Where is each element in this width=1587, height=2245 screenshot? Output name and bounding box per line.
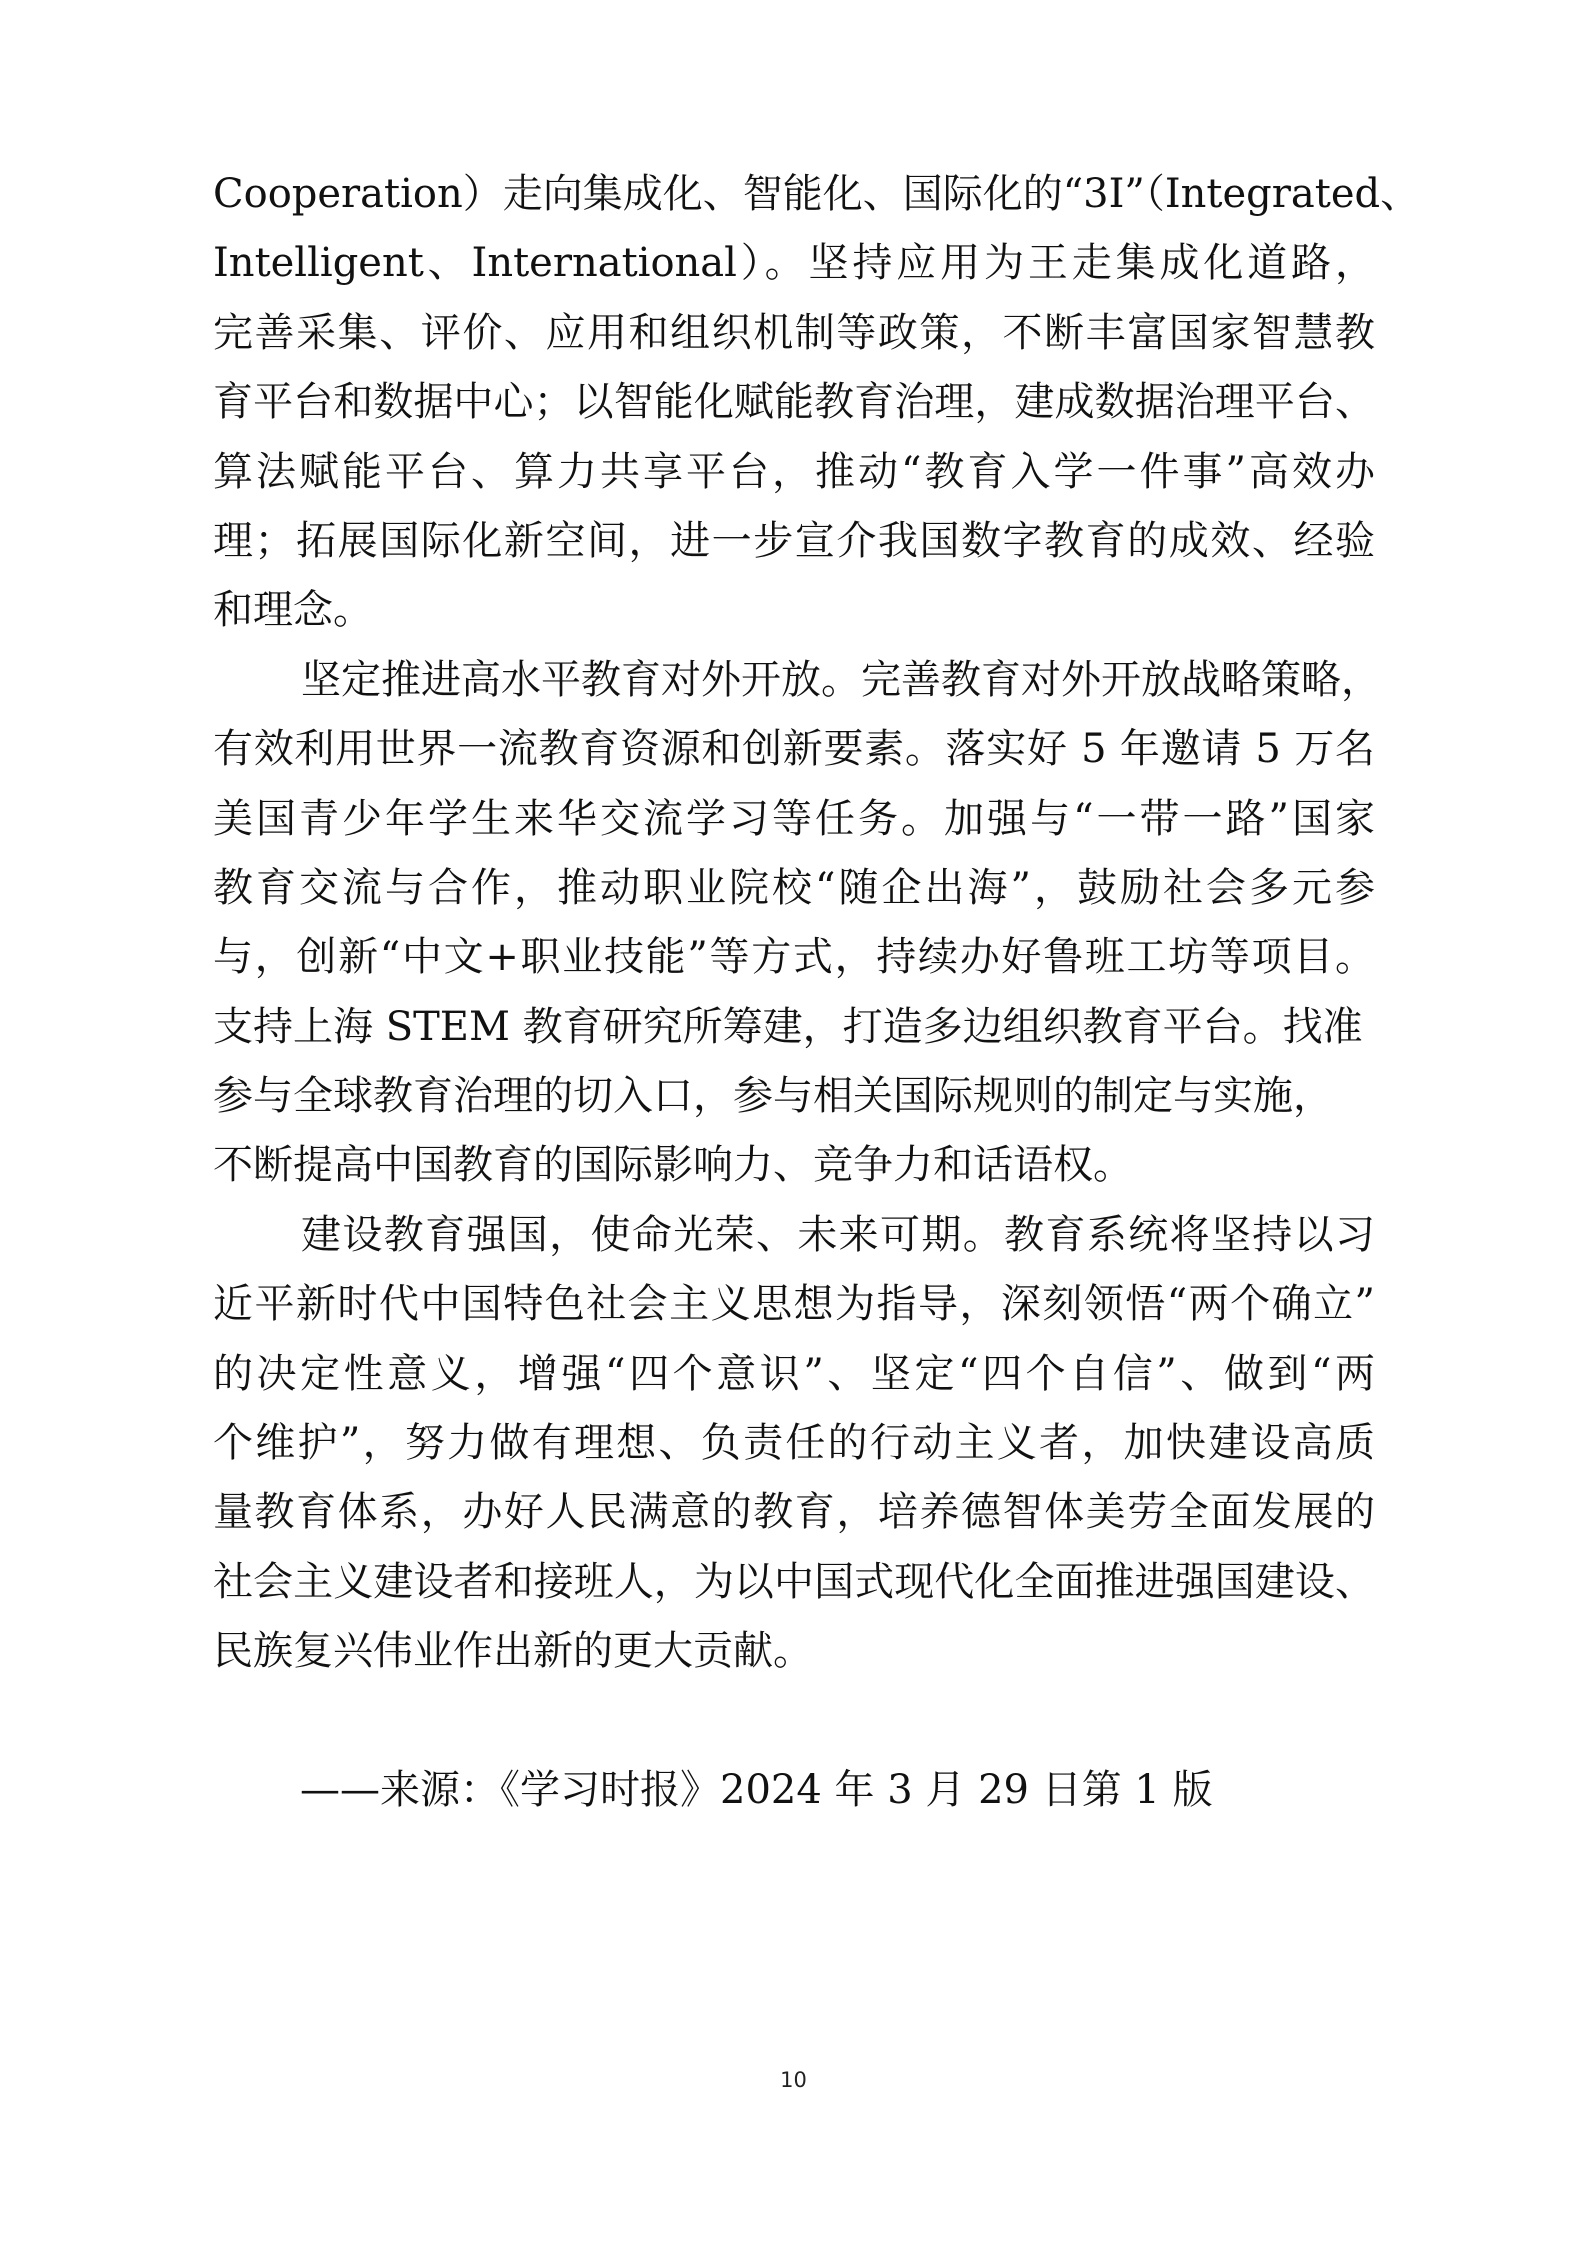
text-line: 民族复兴伟业作出新的更大贡献。 — [213, 1617, 1375, 1686]
text-line: 个维护”，努力做有理想、负责任的行动主义者，加快建设高质 — [213, 1409, 1375, 1478]
paragraph: 建设教育强国，使命光荣、未来可期。教育系统将坚持以习 近平新时代中国特色社会主义… — [213, 1201, 1375, 1687]
text-line: 算法赋能平台、算力共享平台，推动“教育入学一件事”高效办 — [213, 438, 1375, 507]
text-line: Intelligent、International）。坚持应用为王走集成化道路， — [213, 229, 1375, 298]
article-body: Cooperation）走向集成化、智能化、国际化的“3I”（Integrate… — [213, 160, 1375, 1687]
text-line: 和理念。 — [213, 576, 1375, 645]
paragraph: Cooperation）走向集成化、智能化、国际化的“3I”（Integrate… — [213, 160, 1375, 646]
text-line: 坚定推进高水平教育对外开放。完善教育对外开放战略策略， — [213, 646, 1375, 715]
text-line: 量教育体系，办好人民满意的教育，培养德智体美劳全面发展的 — [213, 1478, 1375, 1547]
text-line: 与，创新“中文+职业技能”等方式，持续办好鲁班工坊等项目。 — [213, 923, 1375, 992]
text-line: 育平台和数据中心；以智能化赋能教育治理，建成数据治理平台、 — [213, 368, 1375, 437]
text-line: 有效利用世界一流教育资源和创新要素。落实好 5 年邀请 5 万名 — [213, 715, 1375, 784]
text-line: 美国青少年学生来华交流学习等任务。加强与“一带一路”国家 — [213, 785, 1375, 854]
text-line: 完善采集、评价、应用和组织机制等政策，不断丰富国家智慧教 — [213, 299, 1375, 368]
text-line: 教育交流与合作，推动职业院校“随企出海”，鼓励社会多元参 — [213, 854, 1375, 923]
text-line: 的决定性意义，增强“四个意识”、坚定“四个自信”、做到“两 — [213, 1340, 1375, 1409]
text-line: 社会主义建设者和接班人，为以中国式现代化全面推进强国建设、 — [213, 1548, 1375, 1617]
text-line: 建设教育强国，使命光荣、未来可期。教育系统将坚持以习 — [213, 1201, 1375, 1270]
paragraph: 坚定推进高水平教育对外开放。完善教育对外开放战略策略， 有效利用世界一流教育资源… — [213, 646, 1375, 1201]
text-line: 理；拓展国际化新空间，进一步宣介我国数字教育的成效、经验 — [213, 507, 1375, 576]
text-line: 不断提高中国教育的国际影响力、竞争力和话语权。 — [213, 1131, 1375, 1200]
text-line: 近平新时代中国特色社会主义思想为指导，深刻领悟“两个确立” — [213, 1270, 1375, 1339]
page-number: 10 — [0, 2068, 1587, 2092]
text-line: 支持上海 STEM 教育研究所筹建，打造多边组织教育平台。找准 — [213, 993, 1375, 1062]
text-line: Cooperation）走向集成化、智能化、国际化的“3I”（Integrate… — [213, 160, 1375, 229]
document-page: Cooperation）走向集成化、智能化、国际化的“3I”（Integrate… — [0, 0, 1587, 2245]
source-citation: ——来源：《学习时报》2024 年 3 月 29 日第 1 版 — [300, 1755, 1213, 1825]
text-line: 参与全球教育治理的切入口，参与相关国际规则的制定与实施， — [213, 1062, 1375, 1131]
